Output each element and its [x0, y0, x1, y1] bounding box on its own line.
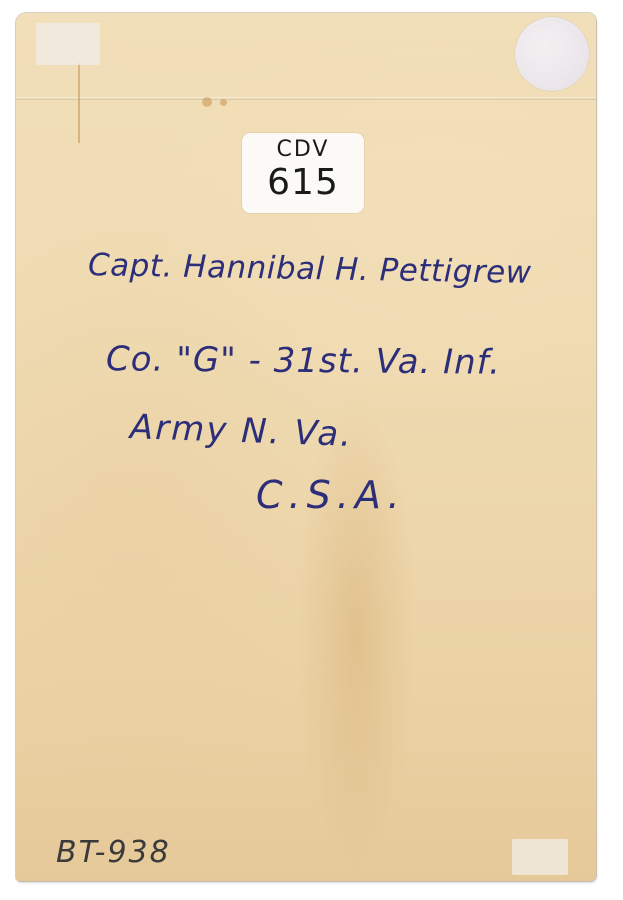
- inscription-army: Army N. Va.: [129, 407, 353, 455]
- photo-card-back: CDV 615 Capt. Hannibal H. Pettigrew Co. …: [16, 13, 596, 881]
- stain-streak: [78, 63, 80, 143]
- stain-spot: [202, 97, 212, 107]
- sticker-label-type: CDV: [242, 137, 364, 163]
- card-crease: [16, 97, 596, 100]
- sticker-label-number: 615: [242, 163, 364, 203]
- inscription-unit: Co. "G" - 31st. Va. Inf.: [106, 339, 501, 382]
- tape-remnant-top-left: [36, 23, 100, 65]
- stain-spot: [220, 99, 227, 106]
- tape-remnant-bottom-right: [512, 839, 568, 875]
- catalog-sticker: CDV 615: [242, 133, 364, 213]
- inscription-nation: C.S.A.: [256, 473, 406, 517]
- inscription-name: Capt. Hannibal H. Pettigrew: [88, 247, 532, 291]
- round-white-sticker: [515, 17, 589, 91]
- pencil-catalog-number: BT-938: [56, 835, 171, 870]
